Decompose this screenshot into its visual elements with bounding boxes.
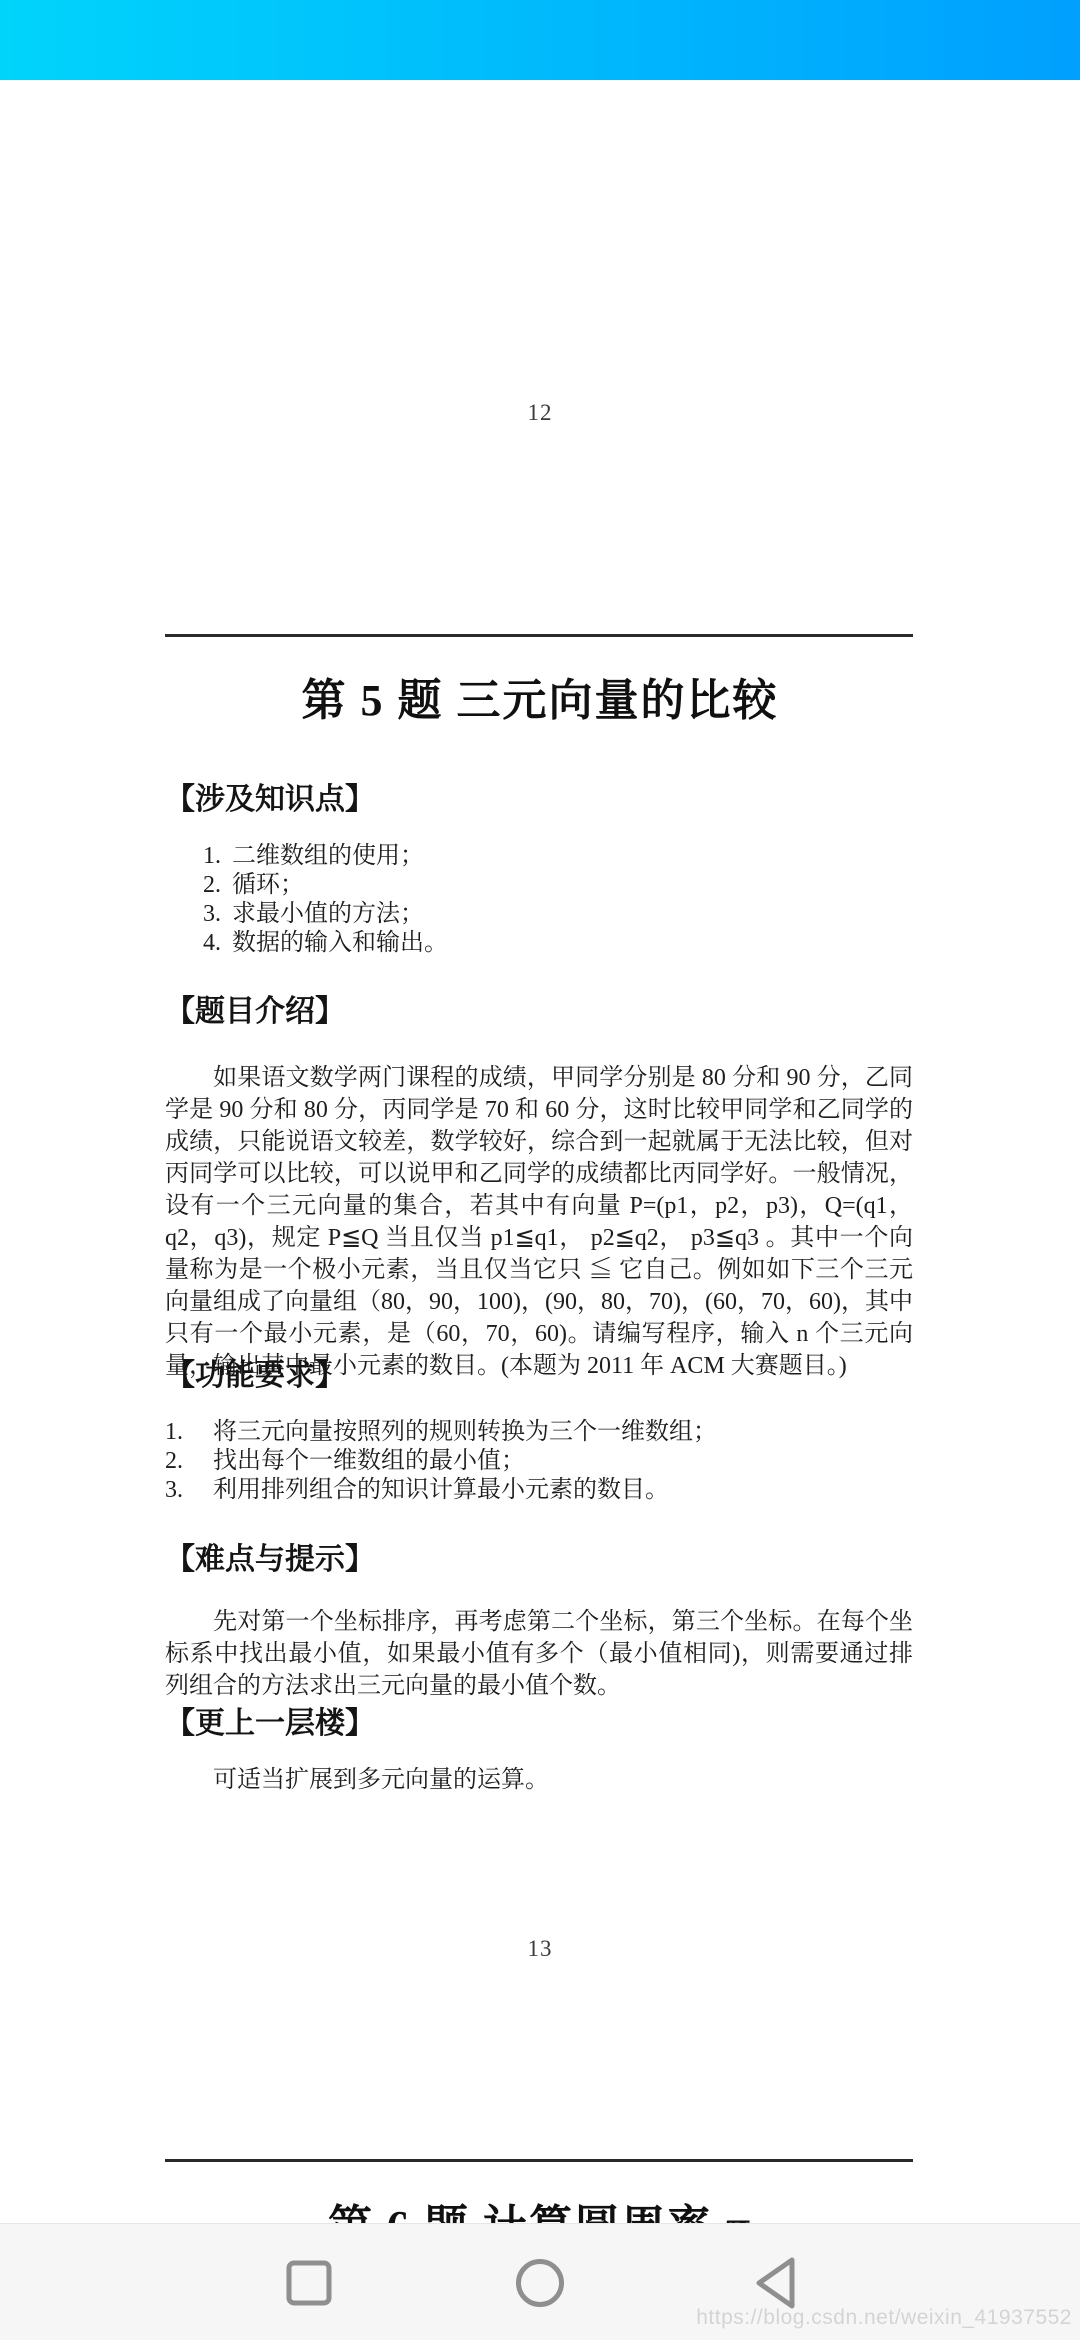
page-number-12: 12 bbox=[0, 400, 1080, 426]
list-item-text: 将三元向量按照列的规则转换为三个一维数组； bbox=[213, 1418, 717, 1447]
hints-paragraph: 先对第一个坐标排序，再考虑第二个坐标，第三个坐标。在每个坐标系中找出最小值，如果… bbox=[165, 1606, 913, 1702]
section-heading-hints: 【难点与提示】 bbox=[165, 1534, 375, 1578]
home-button[interactable] bbox=[508, 2247, 572, 2319]
list-item-number: 3. bbox=[165, 1476, 213, 1505]
list-item-number: 1. bbox=[165, 1418, 213, 1447]
list-item: 4. 数据的输入和输出。 bbox=[203, 929, 951, 958]
list-item: 1. 二维数组的使用； bbox=[203, 842, 951, 871]
list-item-text: 求最小值的方法； bbox=[232, 900, 424, 929]
document-scroll-view[interactable]: 12 第 5 题 三元向量的比较 【涉及知识点】 1. 二维数组的使用； 2. … bbox=[0, 80, 1080, 2223]
csdn-watermark: https://blog.csdn.net/weixin_41937552 bbox=[696, 2306, 1072, 2330]
intro-paragraph-text: 如果语文数学两门课程的成绩，甲同学分别是 80 分和 90 分，乙同学是 90 … bbox=[165, 1065, 913, 1379]
requirements-list: 1. 将三元向量按照列的规则转换为三个一维数组； 2. 找出每个一维数组的最小值… bbox=[165, 1418, 913, 1505]
list-item-text: 二维数组的使用； bbox=[232, 842, 424, 871]
status-bar bbox=[0, 0, 1080, 80]
list-item-number: 4. bbox=[203, 929, 232, 958]
intro-paragraph: 如果语文数学两门课程的成绩，甲同学分别是 80 分和 90 分，乙同学是 90 … bbox=[165, 1062, 913, 1382]
phone-screen: 12 第 5 题 三元向量的比较 【涉及知识点】 1. 二维数组的使用； 2. … bbox=[0, 0, 1080, 2340]
page-number-13: 13 bbox=[0, 1936, 1080, 1962]
knowledge-list: 1. 二维数组的使用； 2. 循环； 3. 求最小值的方法； 4. 数据的输入和… bbox=[165, 842, 951, 958]
list-item-number: 1. bbox=[203, 842, 232, 871]
extend-paragraph-text: 可适当扩展到多元向量的运算。 bbox=[213, 1767, 549, 1793]
list-item-text: 找出每个一维数组的最小值； bbox=[213, 1447, 525, 1476]
next-page-header-rule bbox=[165, 2159, 913, 2162]
list-item-number: 3. bbox=[203, 900, 232, 929]
chapter-title: 第 5 题 三元向量的比较 bbox=[0, 664, 1080, 728]
list-item: 2. 循环； bbox=[203, 871, 951, 900]
list-item-text: 利用排列组合的知识计算最小元素的数目。 bbox=[213, 1476, 669, 1505]
list-item-number: 2. bbox=[203, 871, 232, 900]
square-outline-icon bbox=[286, 2259, 332, 2307]
list-item-text: 循环； bbox=[232, 871, 304, 900]
section-heading-requirements: 【功能要求】 bbox=[165, 1350, 345, 1394]
list-item-text: 数据的输入和输出。 bbox=[232, 929, 448, 958]
list-item: 3. 利用排列组合的知识计算最小元素的数目。 bbox=[165, 1476, 913, 1505]
recents-button[interactable] bbox=[277, 2247, 341, 2319]
extend-paragraph: 可适当扩展到多元向量的运算。 bbox=[165, 1764, 913, 1796]
list-item: 2. 找出每个一维数组的最小值； bbox=[165, 1447, 913, 1476]
triangle-left-icon bbox=[750, 2253, 800, 2313]
page-header-rule bbox=[165, 634, 913, 637]
list-item-number: 2. bbox=[165, 1447, 213, 1476]
section-heading-extend: 【更上一层楼】 bbox=[165, 1698, 375, 1742]
list-item: 3. 求最小值的方法； bbox=[203, 900, 951, 929]
circle-outline-icon bbox=[515, 2258, 565, 2308]
hints-paragraph-text: 先对第一个坐标排序，再考虑第二个坐标，第三个坐标。在每个坐标系中找出最小值，如果… bbox=[165, 1609, 913, 1699]
section-heading-knowledge: 【涉及知识点】 bbox=[165, 774, 375, 818]
section-heading-intro: 【题目介绍】 bbox=[165, 986, 345, 1030]
list-item: 1. 将三元向量按照列的规则转换为三个一维数组； bbox=[165, 1418, 913, 1447]
